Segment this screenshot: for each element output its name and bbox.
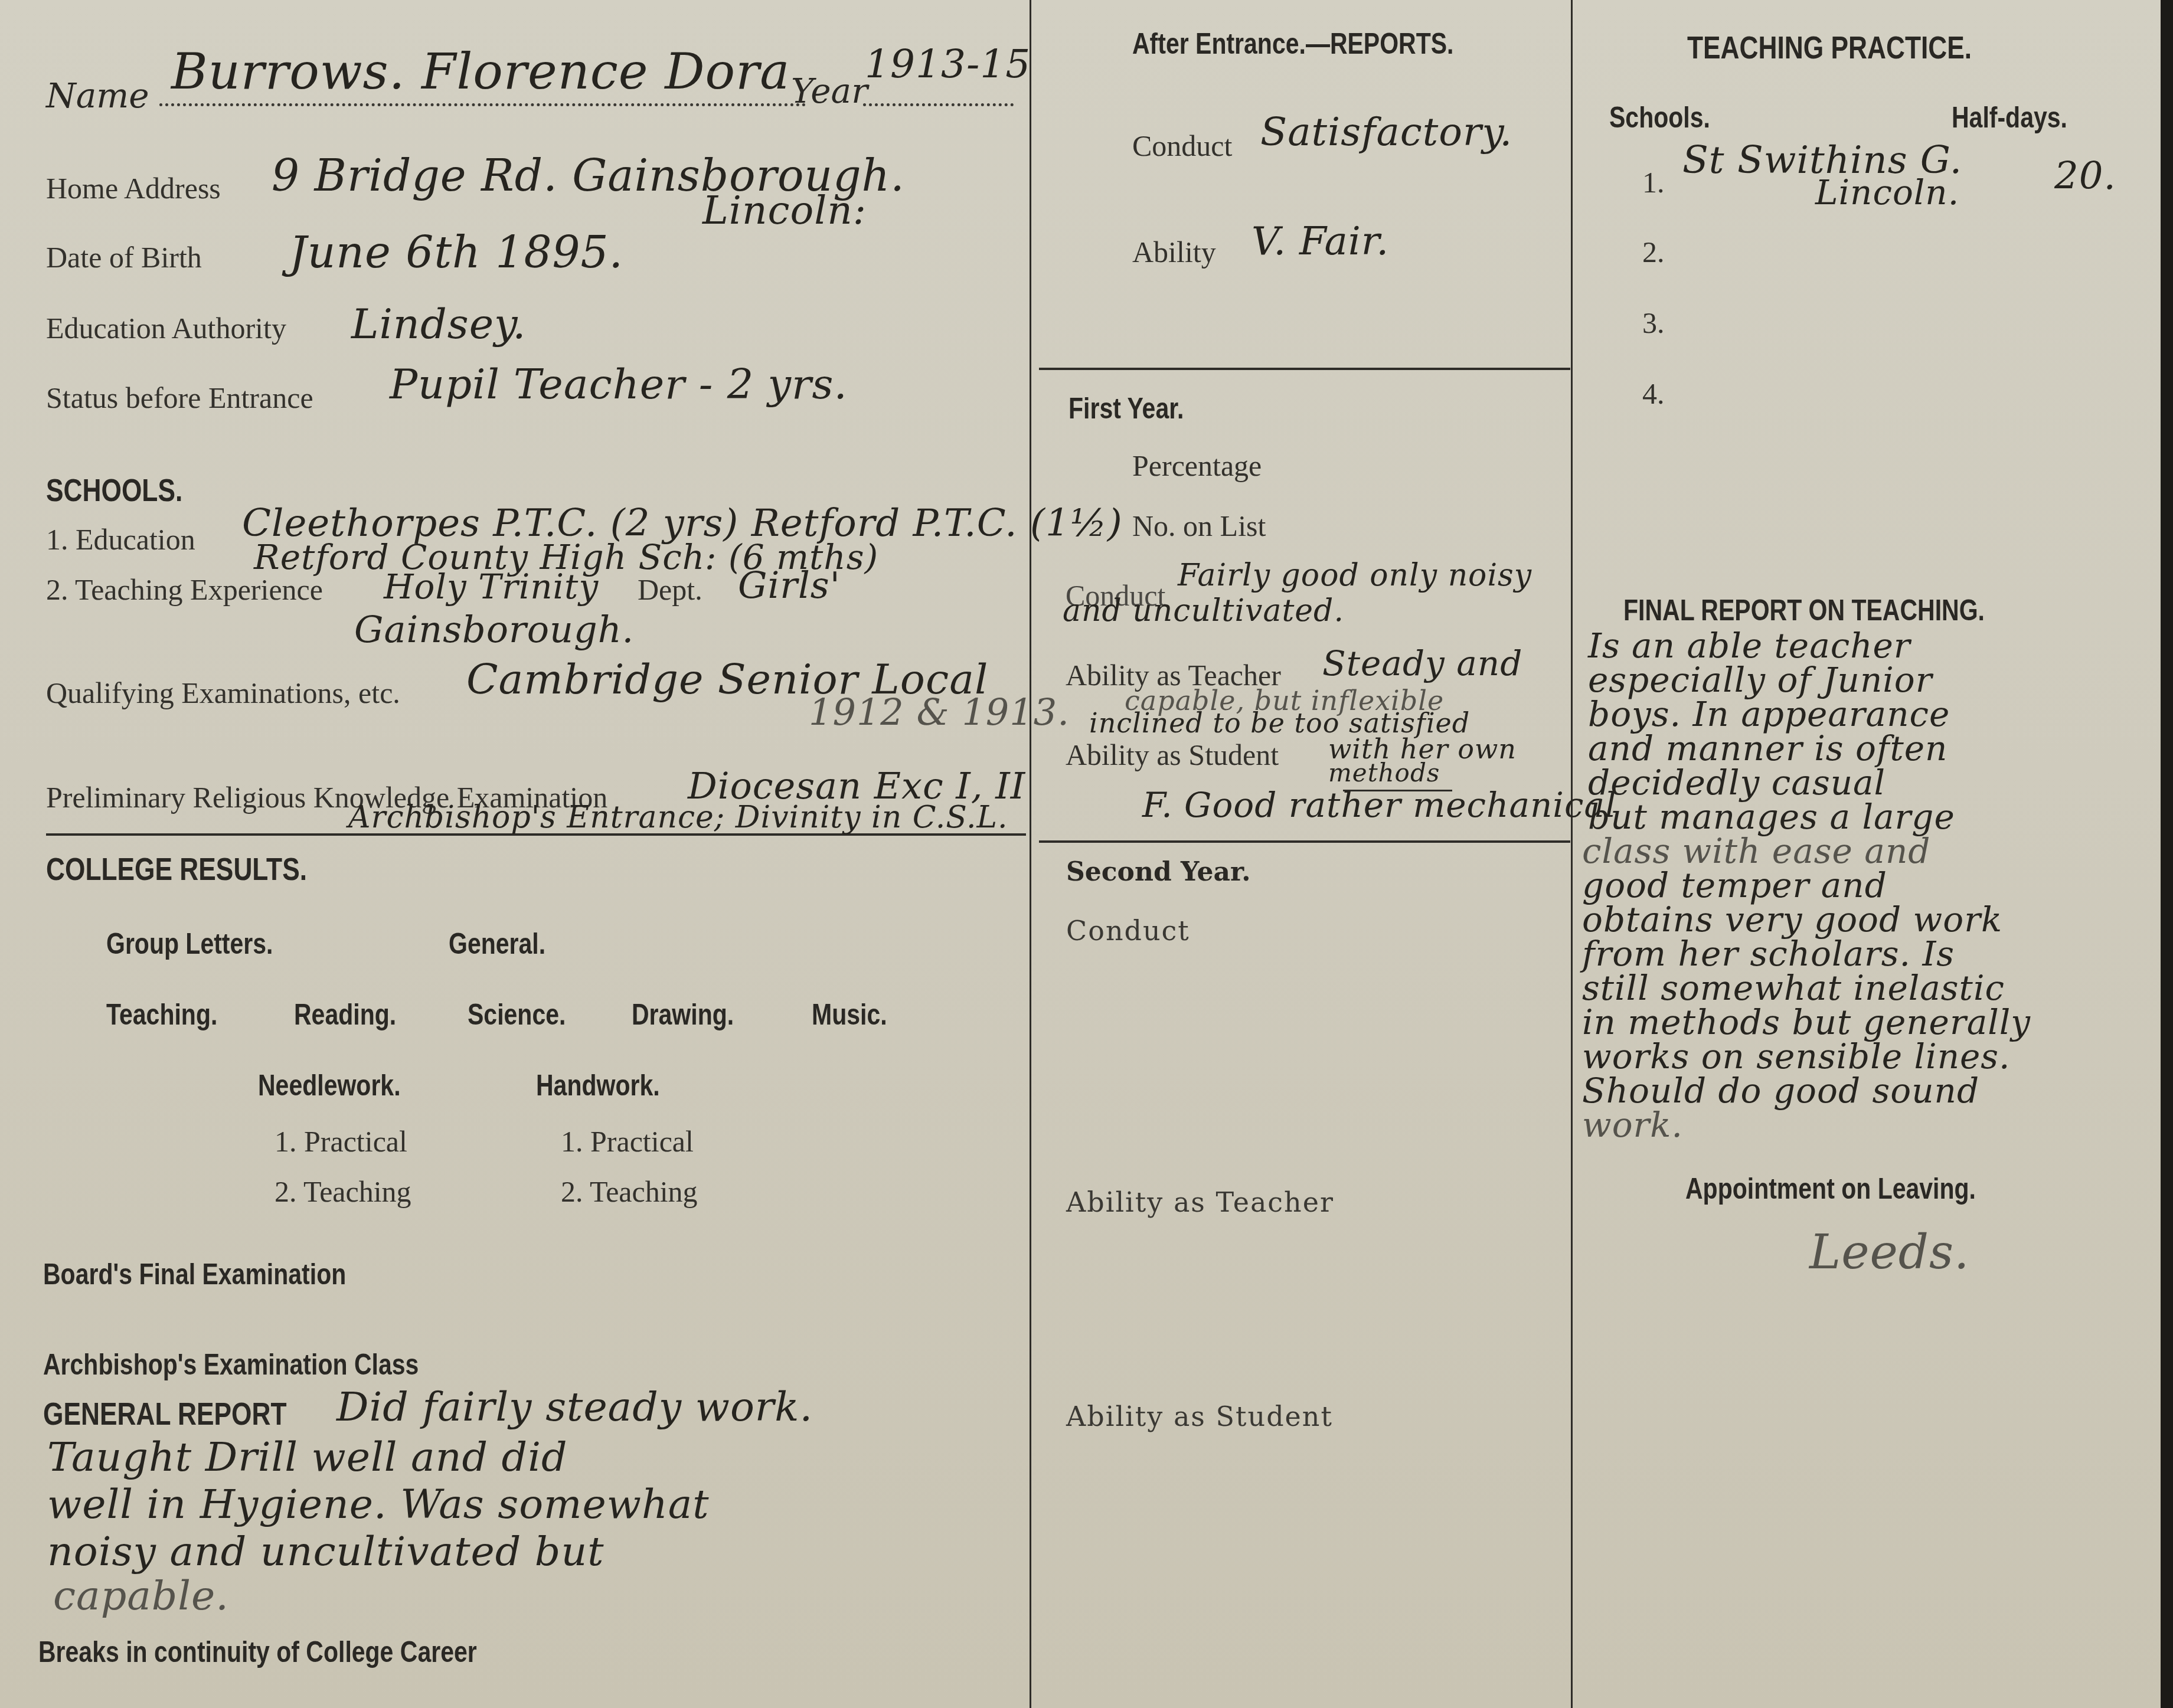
appointment-value: Leeds. [1809, 1225, 1970, 1280]
dept-label: Dept. [638, 572, 702, 607]
year-value: 1913-15 [865, 41, 1031, 87]
first-year-conduct-value-line2: and uncultivated. [1063, 593, 1344, 629]
second-year-conduct-label: Conduct [1066, 915, 1190, 947]
general-report-line: capable. [53, 1573, 229, 1619]
first-year-heading: First Year. [1068, 391, 1184, 426]
teaching-exp-label: 2. Teaching Experience [46, 572, 323, 607]
qualifying-label: Qualifying Examinations, etc. [46, 676, 400, 710]
needlework-teaching: 2. Teaching [275, 1174, 411, 1209]
subject-teaching: Teaching. [106, 997, 217, 1032]
first-year-conduct-value: Fairly good only noisy [1178, 558, 1532, 593]
status-value: Pupil Teacher - 2 yrs. [390, 360, 848, 408]
first-year-teacher-value-line5: methods [1328, 758, 1440, 787]
reports-divider [1039, 368, 1570, 370]
qualifying-value-line2: 1912 & 1913. [809, 691, 1070, 734]
teaching-exp-value-line2: Gainsborough. [354, 608, 634, 651]
final-report-line: work. [1582, 1105, 1683, 1145]
reports-ability-value: V. Fair. [1251, 218, 1389, 264]
general-report-line: Taught Drill well and did [47, 1434, 567, 1481]
schools-heading: SCHOOLS. [46, 472, 182, 509]
practice-school-line2: Lincoln. [1815, 172, 1959, 212]
scan-edge [2161, 0, 2173, 1708]
college-results-heading: COLLEGE RESULTS. [46, 851, 307, 888]
archbishops-class-label: Archbishop's Examination Class [43, 1347, 419, 1382]
second-year-teacher-label: Ability as Teacher [1066, 1186, 1334, 1218]
second-year-heading: Second Year. [1066, 857, 1251, 887]
edu-authority-label: Education Authority [46, 311, 286, 345]
practice-row-number: 4. [1642, 377, 1665, 411]
column-divider-right [1571, 0, 1573, 1708]
subject-music: Music. [812, 997, 887, 1032]
reports-heading: After Entrance.—REPORTS. [1132, 27, 1453, 61]
general-label: General. [449, 927, 545, 961]
year-label: Year [791, 71, 868, 111]
handwork-teaching: 2. Teaching [561, 1174, 698, 1209]
handwork-practical: 1. Practical [561, 1124, 694, 1159]
education-label: 1. Education [46, 522, 195, 557]
home-address-label: Home Address [46, 171, 221, 205]
practice-row-number: 3. [1642, 306, 1665, 340]
name-label: Name [46, 76, 149, 116]
no-on-list-label: No. on List [1132, 509, 1266, 543]
first-year-divider [1039, 840, 1570, 843]
status-label: Status before Entrance [46, 381, 313, 415]
reports-ability-label: Ability [1132, 235, 1216, 269]
dept-value: Girls' [738, 564, 841, 607]
reports-conduct-value: Satisfactory. [1260, 109, 1512, 155]
column-divider-left [1030, 0, 1031, 1708]
reports-conduct-label: Conduct [1132, 129, 1232, 163]
subject-reading: Reading. [294, 997, 396, 1032]
religious-value-line2: Archbishop's Entrance; Divinity in C.S.L… [348, 800, 1008, 835]
first-year-student-value: F. Good rather mechanical [1142, 785, 1617, 825]
teaching-practice-heading: TEACHING PRACTICE. [1687, 30, 1972, 66]
group-letters-label: Group Letters. [106, 927, 273, 961]
teaching-exp-value: Holy Trinity [384, 567, 599, 607]
general-report-line: well in Hygiene. Was somewhat [47, 1481, 710, 1528]
handwork-label: Handwork. [536, 1068, 660, 1102]
practice-row-number: 2. [1642, 235, 1665, 269]
needlework-practical: 1. Practical [275, 1124, 407, 1159]
year-dotted-line [863, 103, 1014, 106]
name-value: Burrows. Florence Dora [171, 42, 790, 100]
dob-label: Date of Birth [46, 240, 202, 274]
practice-halfdays: 20. [2054, 155, 2116, 198]
general-report-line: noisy and uncultivated but [47, 1529, 604, 1575]
first-year-student-label: Ability as Student [1066, 738, 1279, 772]
second-year-student-label: Ability as Student [1066, 1401, 1333, 1432]
percentage-label: Percentage [1132, 449, 1262, 483]
home-address-value-line2: Lincoln: [702, 188, 867, 233]
general-report-label: GENERAL REPORT [43, 1396, 287, 1432]
final-report-heading: FINAL REPORT ON TEACHING. [1623, 593, 1985, 627]
halfdays-column-label: Half-days. [1952, 100, 2067, 135]
subject-science: Science. [468, 997, 566, 1032]
needlework-label: Needlework. [258, 1068, 401, 1102]
breaks-label: Breaks in continuity of College Career [38, 1635, 477, 1669]
appointment-label: Appointment on Leaving. [1685, 1172, 1976, 1206]
name-dotted-line [159, 103, 806, 106]
subject-drawing: Drawing. [632, 997, 734, 1032]
schools-column-label: Schools. [1609, 100, 1710, 135]
boards-final-label: Board's Final Examination [43, 1257, 346, 1291]
edu-authority-value: Lindsey. [351, 300, 527, 348]
dob-value: June 6th 1895. [289, 227, 623, 278]
general-report-line: Did fairly steady work. [336, 1384, 813, 1431]
practice-row-number: 1. [1642, 165, 1665, 199]
first-year-teacher-value: Steady and [1322, 643, 1522, 683]
